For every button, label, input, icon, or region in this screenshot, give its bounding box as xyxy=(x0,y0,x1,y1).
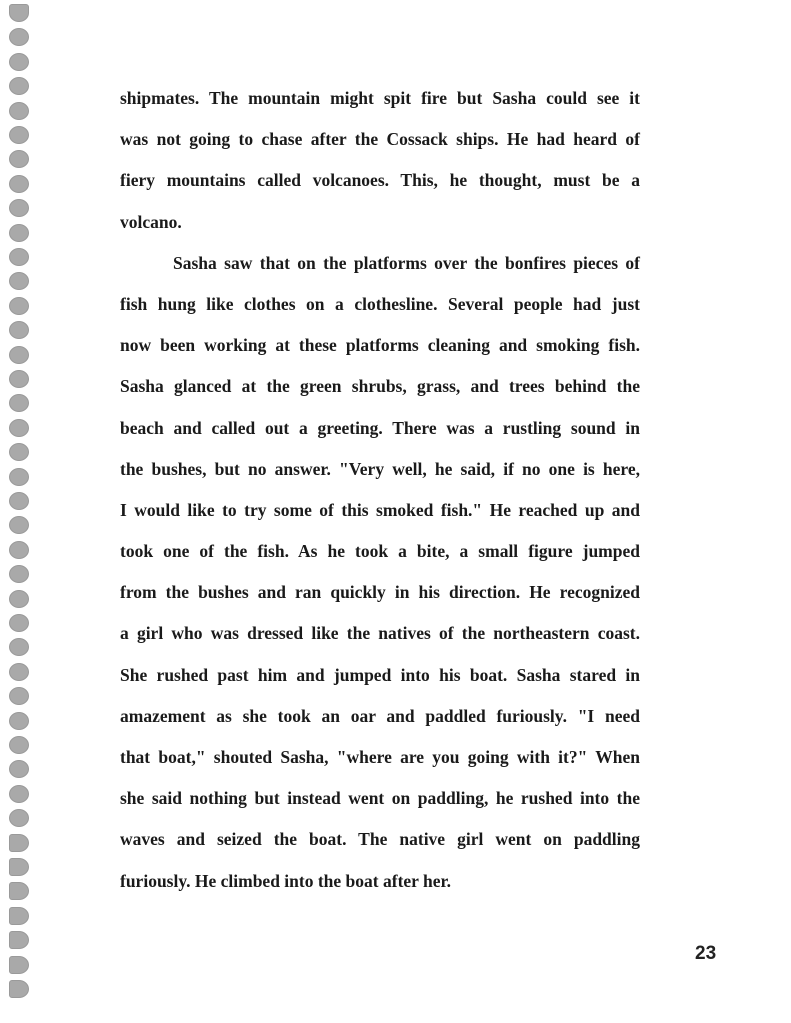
text-line: took one of the fish. As he took a bite,… xyxy=(120,531,640,572)
text-line: volcano. xyxy=(120,202,640,243)
text-line: amazement as she took an oar and paddled… xyxy=(120,696,640,737)
binding-hole xyxy=(9,565,29,583)
page-number: 23 xyxy=(695,943,716,965)
binding-hole xyxy=(9,712,29,730)
page-text: shipmates. The mountain might spit fire … xyxy=(120,78,640,902)
binding-hole xyxy=(9,321,29,339)
binding-hole xyxy=(9,516,29,534)
text-line: a girl who was dressed like the natives … xyxy=(120,613,640,654)
binding-hole xyxy=(9,53,29,71)
paragraph-1: shipmates. The mountain might spit fire … xyxy=(120,78,640,243)
text-line: waves and seized the boat. The native gi… xyxy=(120,819,640,860)
binding-hole xyxy=(9,931,29,949)
binding-hole xyxy=(9,907,29,925)
binding-hole xyxy=(9,419,29,437)
text-line: Sasha glanced at the green shrubs, grass… xyxy=(120,366,640,407)
text-line: furiously. He climbed into the boat afte… xyxy=(120,861,640,902)
binding-hole xyxy=(9,175,29,193)
text-line: the bushes, but no answer. "Very well, h… xyxy=(120,449,640,490)
binding-hole xyxy=(9,614,29,632)
text-line: shipmates. The mountain might spit fire … xyxy=(120,78,640,119)
binding-hole xyxy=(9,102,29,120)
text-line: fiery mountains called volcanoes. This, … xyxy=(120,160,640,201)
binding-hole xyxy=(9,834,29,852)
binding-hole xyxy=(9,541,29,559)
binding-hole xyxy=(9,394,29,412)
binding-hole xyxy=(9,199,29,217)
text-line: now been working at these platforms clea… xyxy=(120,325,640,366)
binding-hole xyxy=(9,346,29,364)
binding-hole xyxy=(9,956,29,974)
binding-hole xyxy=(9,687,29,705)
binding-hole xyxy=(9,882,29,900)
binding-hole xyxy=(9,858,29,876)
binding-hole xyxy=(9,77,29,95)
binding-hole xyxy=(9,590,29,608)
paragraph-2: Sasha saw that on the platforms over the… xyxy=(120,243,640,902)
text-line: Sasha saw that on the platforms over the… xyxy=(120,243,640,284)
text-line: that boat," shouted Sasha, "where are yo… xyxy=(120,737,640,778)
binding-hole xyxy=(9,736,29,754)
binding-hole xyxy=(9,785,29,803)
text-line: I would like to try some of this smoked … xyxy=(120,490,640,531)
text-line: she said nothing but instead went on pad… xyxy=(120,778,640,819)
binding-hole xyxy=(9,297,29,315)
text-line: was not going to chase after the Cossack… xyxy=(120,119,640,160)
binding-hole xyxy=(9,638,29,656)
binding-hole xyxy=(9,4,29,22)
binding-hole xyxy=(9,248,29,266)
text-line: beach and called out a greeting. There w… xyxy=(120,408,640,449)
binding-hole xyxy=(9,468,29,486)
text-line: from the bushes and ran quickly in his d… xyxy=(120,572,640,613)
binding-hole xyxy=(9,980,29,998)
binding-hole xyxy=(9,126,29,144)
binding-hole xyxy=(9,809,29,827)
binding-hole xyxy=(9,28,29,46)
text-line: fish hung like clothes on a clothesline.… xyxy=(120,284,640,325)
binding-hole xyxy=(9,663,29,681)
binding-hole xyxy=(9,150,29,168)
binding-hole xyxy=(9,370,29,388)
binding-hole xyxy=(9,760,29,778)
text-line: She rushed past him and jumped into his … xyxy=(120,655,640,696)
binding-hole xyxy=(9,443,29,461)
binding-hole xyxy=(9,224,29,242)
binding-hole xyxy=(9,492,29,510)
binding-hole xyxy=(9,272,29,290)
